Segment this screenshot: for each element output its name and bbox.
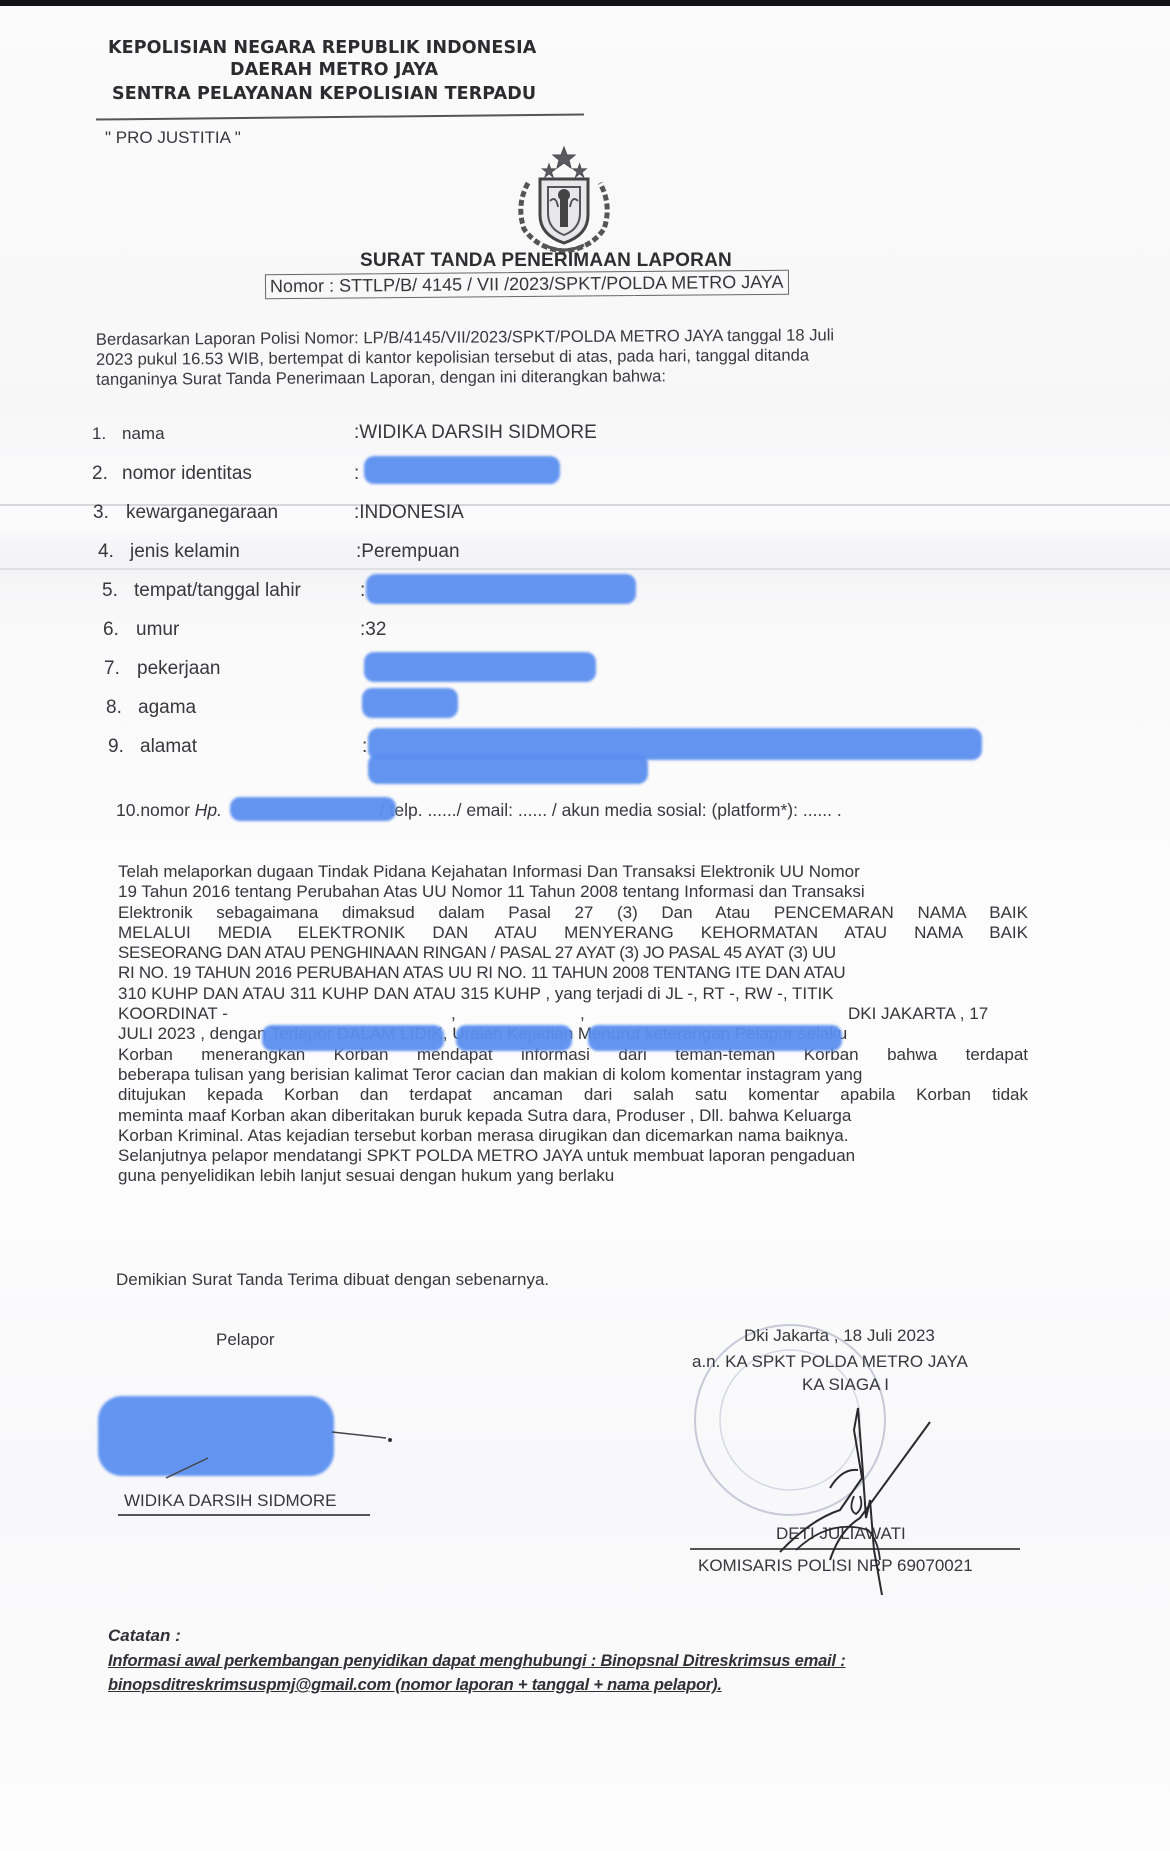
field-6-label: umur [136,619,179,641]
field-4-value: :Perempuan [356,541,460,563]
contact-prefix: 10.nomor [116,800,195,820]
signing-place-date: Dki Jakarta , 18 Juli 2023 [744,1326,935,1346]
report-line: Selanjutnya pelapor mendatangi SPKT POLD… [118,1146,1028,1166]
field-7-num: 7. [104,658,120,680]
intro-paragraph: Berdasarkan Laporan Polisi Nomor: LP/B/4… [96,324,1036,390]
contact-hp-label: Hp. [195,800,222,820]
redaction-mark [362,688,458,718]
field-8-label: agama [138,697,196,719]
report-line: 310 KUHP DAN ATAU 311 KUHP DAN ATAU 315 … [118,984,1028,1004]
field-5-label: tempat/tanggal lahir [134,580,301,602]
reporter-role: Pelapor [216,1330,275,1350]
koordinat-tail: DKI JAKARTA , 17 [848,1004,988,1024]
redaction-mark [364,652,596,682]
redaction-mark [588,1025,842,1051]
field-2-num: 2. [92,463,108,485]
note-heading: Catatan : [108,1626,181,1646]
note-line-1: Informasi awal perkembangan penyidikan d… [108,1652,846,1671]
redaction-mark [364,456,560,484]
report-line: Telah melaporkan dugaan Tindak Pidana Ke… [118,862,1028,882]
signing-position: KA SIAGA I [802,1375,889,1395]
report-line-koordinat: KOORDINAT - , , DKI JAKARTA , 17 [118,1004,1028,1024]
signature-line [118,1514,370,1516]
field-3-value: :INDONESIA [354,502,464,524]
header-line-2: DAERAH METRO JAYA [230,60,438,80]
field-4-label: jenis kelamin [130,541,240,563]
koordinat-separator: , [451,1004,456,1024]
field-1-num: 1. [92,424,106,444]
field-3-num: 3. [93,502,109,524]
field-8-num: 8. [106,697,122,719]
polri-emblem-icon [498,145,630,257]
document-number: Nomor : STTLP/B/ 4145 / VII /2023/SPKT/P… [265,270,789,300]
report-body: Telah melaporkan dugaan Tindak Pidana Ke… [118,862,1028,1187]
koordinat-separator: , [580,1004,585,1024]
official-signature [770,1400,950,1600]
redaction-mark [368,754,648,784]
koordinat-label: KOORDINAT - [118,1004,228,1023]
report-line: beberapa tulisan yang berisian kalimat T… [118,1065,1028,1085]
paper-crease [0,568,1170,570]
field-1-label: nama [122,424,165,444]
field-3-label: kewarganegaraan [126,502,278,524]
field-6-num: 6. [103,619,119,641]
field-5-value: : [360,580,365,602]
redaction-mark [262,1025,444,1051]
report-line: Korban Kriminal. Atas kejadian tersebut … [118,1126,1028,1146]
reporter-name: WIDIKA DARSIH SIDMORE [124,1491,337,1511]
field-1-value: :WIDIKA DARSIH SIDMORE [354,422,597,444]
field-10-contact: 10.nomor Hp. / telp. ....../ email: ....… [116,800,842,821]
field-4-num: 4. [98,541,114,563]
note-line-2: binopsditreskrimsuspmj@gmail.com (nomor … [108,1676,722,1695]
field-9-num: 9. [108,736,124,758]
reporter-signature [96,1390,406,1490]
report-line: JULI 2023 , dengan Terlapor DALAM LIDIK,… [118,1024,1028,1044]
report-line: guna penyelidikan lebih lanjut sesuai de… [118,1166,1028,1186]
header-line-3: SENTRA PELAYANAN KEPOLISIAN TERPADU [112,84,536,104]
redaction-mark [366,574,636,604]
signing-on-behalf: a.n. KA SPKT POLDA METRO JAYA [692,1352,968,1372]
redaction-mark [456,1025,572,1051]
report-line: ditujukan kepada Korban dan terdapat anc… [118,1085,1028,1105]
field-2-value: : [354,463,359,485]
report-line: MELALUI MEDIA ELEKTRONIK DAN ATAU MENYER… [118,923,1028,943]
report-line: RI NO. 19 TAHUN 2016 PERUBAHAN ATAS UU R… [118,963,1028,983]
contact-rest: / telp. ....../ email: ...... / akun med… [380,800,842,820]
closing-statement: Demikian Surat Tanda Terima dibuat denga… [116,1270,549,1290]
field-9-label: alamat [140,736,197,758]
report-line: SESEORANG DAN ATAU PENGHINAAN RINGAN / P… [118,943,1028,963]
pro-justitia: " PRO JUSTITIA " [105,128,241,148]
field-7-label: pekerjaan [137,658,220,680]
field-6-value: :32 [360,619,386,641]
report-line: Korban menerangkan Korban mendapat infor… [118,1045,1028,1065]
field-2-label: nomor identitas [122,463,252,485]
field-9-value: : [362,736,367,758]
document-title: SURAT TANDA PENERIMAAN LAPORAN [360,250,732,272]
report-line: 19 Tahun 2016 tentang Perubahan Atas UU … [118,882,1028,902]
report-line: meminta maaf Korban akan diberitakan bur… [118,1106,1028,1126]
header-line-1: KEPOLISIAN NEGARA REPUBLIK INDONESIA [108,38,536,58]
field-5-num: 5. [102,580,118,602]
redaction-mark [230,797,396,821]
report-line: Elektronik sebagaimana dimaksud dalam Pa… [118,903,1028,923]
